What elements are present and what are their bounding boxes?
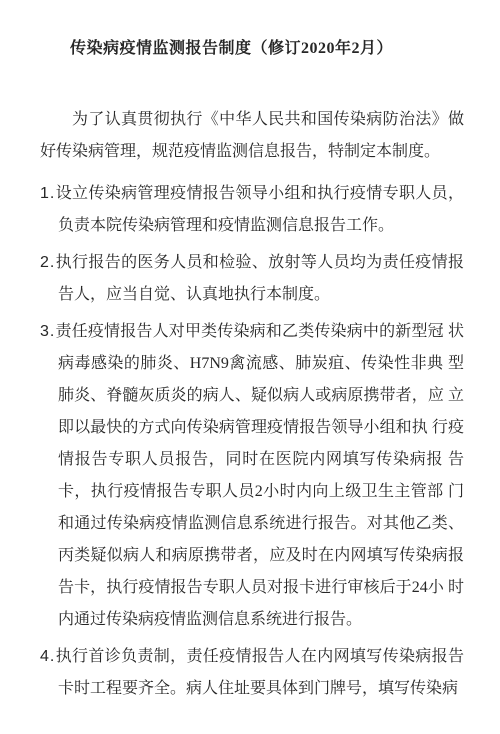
list-item-number: 2. [40,254,55,271]
list-item-number: 4. [40,648,55,665]
list-item-text: 执行报告的医务人员和检验、放射等人员均为责任疫情报 告人，应当自觉、认真地执行本… [55,254,464,303]
list-item-text: 执行首诊负责制，责任疫情报告人在内网填写传染病报告 卡时工程要齐全。病人住址要具… [55,648,464,697]
document-page: 传染病疫情监测报告制度（修订2020年2月） 为了认真贯彻执行《中华人民共和国传… [0,0,500,734]
list-item: 3.责任疫情报告人对甲类传染病和乙类传染病中的新型冠 状病毒感染的肺炎、H7N9… [40,316,464,636]
intro-paragraph: 为了认真贯彻执行《中华人民共和国传染病防治法》做 好传染病管理，规范疫情监测信息… [40,104,464,168]
list-item-text: 设立传染病管理疫情报告领导小组和执行疫情专职人员， 负责本院传染病管理和疫情监测… [55,185,464,234]
list-item-text: 责任疫情报告人对甲类传染病和乙类传染病中的新型冠 状病毒感染的肺炎、H7N9禽流… [55,323,464,628]
list-item: 1.设立传染病管理疫情报告领导小组和执行疫情专职人员， 负责本院传染病管理和疫情… [40,178,464,242]
list-item-number: 1. [40,185,55,202]
list-item: 4.执行首诊负责制，责任疫情报告人在内网填写传染病报告 卡时工程要齐全。病人住址… [40,641,464,705]
list-item: 2.执行报告的医务人员和检验、放射等人员均为责任疫情报 告人，应当自觉、认真地执… [40,247,464,311]
list-item-number: 3. [40,323,55,340]
document-title: 传染病疫情监测报告制度（修订2020年2月） [70,36,464,62]
